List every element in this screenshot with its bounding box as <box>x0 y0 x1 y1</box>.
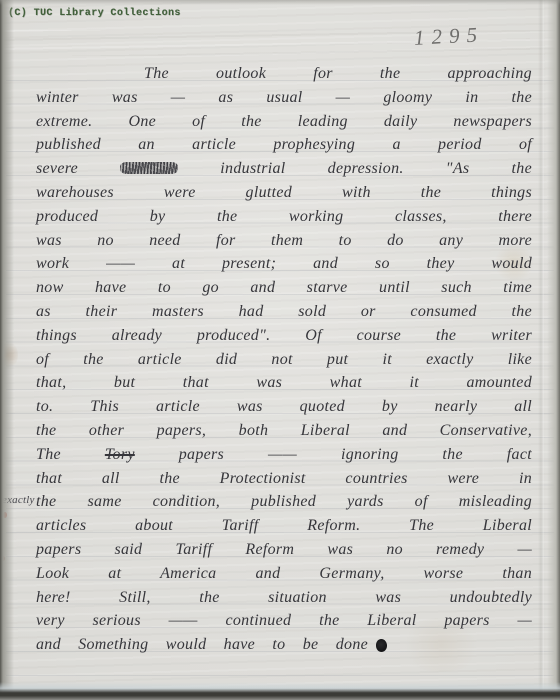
page-number: 1295 <box>413 22 484 51</box>
manuscript-line: as their masters had sold or consumed th… <box>36 300 532 324</box>
handwritten-text: severe <box>36 160 120 177</box>
handwritten-text: here! Still, the situation was undoubted… <box>36 589 532 606</box>
paper-crease-right <box>538 0 544 700</box>
red-ink-dot <box>1 556 5 561</box>
handwritten-text: that all the Protectionist countries wer… <box>36 470 532 487</box>
manuscript-line: The Tory papers —— ignoring the fact <box>36 443 532 467</box>
handwritten-text: that, but that was what it amounted <box>36 374 532 391</box>
manuscript-line: extreme. One of the leading daily newspa… <box>36 110 532 134</box>
handwritten-text: now have to go and starve until such tim… <box>36 279 532 296</box>
manuscript-line: work —— at present; and so they would <box>36 252 532 276</box>
paper-stain <box>0 340 18 370</box>
manuscript-line: the same condition, published yards of m… <box>36 490 532 514</box>
handwritten-text: to. This article was quoted by nearly al… <box>36 398 532 415</box>
manuscript-line: and Something would have to be done <box>36 633 532 657</box>
manuscript-line: the other papers, both Liberal and Conse… <box>36 419 532 443</box>
manuscript-line: articles about Tariff Reform. The Libera… <box>36 514 532 538</box>
page-edge-shadow-right <box>547 0 560 700</box>
handwritten-text: the same condition, published yards of m… <box>36 493 532 510</box>
manuscript-text: The outlook for the approachingwinter wa… <box>36 62 532 657</box>
page-edge-shadow-left <box>0 0 14 700</box>
handwritten-text: industrial depression. "As the <box>178 160 532 177</box>
handwritten-text: very serious —— continued the Liberal pa… <box>36 612 532 629</box>
handwritten-text: extreme. One of the leading daily newspa… <box>36 113 532 130</box>
margin-note: exactly <box>2 494 35 506</box>
manuscript-line: very serious —— continued the Liberal pa… <box>36 609 532 633</box>
handwritten-text: papers said Tariff Reform was no remedy … <box>36 541 532 558</box>
handwritten-text: as their masters had sold or consumed th… <box>36 303 532 320</box>
manuscript-line: papers said Tariff Reform was no remedy … <box>36 538 532 562</box>
manuscript-line: things already produced". Of course the … <box>36 324 532 348</box>
manuscript-line: to. This article was quoted by nearly al… <box>36 395 532 419</box>
handwritten-text: Look at America and Germany, worse than <box>36 565 532 582</box>
manuscript-line: warehouses were glutted with the things <box>36 181 532 205</box>
handwritten-text: The outlook for the approaching <box>144 65 532 82</box>
manuscript-line: severe industrial depression. "As the <box>36 157 532 181</box>
ink-blot <box>376 639 387 652</box>
page-edge-shadow-top <box>0 0 560 5</box>
manuscript-line: here! Still, the situation was undoubted… <box>36 586 532 610</box>
handwritten-text: the other papers, both Liberal and Conse… <box>36 422 532 439</box>
manuscript-line: of the article did not put it exactly li… <box>36 348 532 372</box>
manuscript-line: The outlook for the approaching <box>36 62 532 86</box>
handwritten-text: work —— at present; and so they would <box>36 255 532 272</box>
handwritten-text: articles about Tariff Reform. The Libera… <box>36 517 532 534</box>
handwritten-text: warehouses were glutted with the things <box>36 184 532 201</box>
red-ink-dot <box>3 512 7 518</box>
handwritten-text: winter was — as usual — gloomy in the <box>36 89 532 106</box>
handwritten-text: papers —— ignoring the fact <box>135 446 532 463</box>
manuscript-line: now have to go and starve until such tim… <box>36 276 532 300</box>
manuscript-line: produced by the working classes, there <box>36 205 532 229</box>
library-watermark: (C) TUC Library Collections <box>8 8 181 19</box>
manuscript-line: published an article prophesying a perio… <box>36 133 532 157</box>
manuscript-line: winter was — as usual — gloomy in the <box>36 86 532 110</box>
scanned-manuscript-page: (C) TUC Library Collections 1295 The out… <box>0 0 560 700</box>
manuscript-line: Look at America and Germany, worse than <box>36 562 532 586</box>
manuscript-line: that, but that was what it amounted <box>36 371 532 395</box>
manuscript-line: that all the Protectionist countries wer… <box>36 467 532 491</box>
handwritten-text: published an article prophesying a perio… <box>36 136 532 153</box>
handwritten-text: and Something would have to be done <box>36 636 368 653</box>
page-edge-shadow-bottom <box>0 682 560 700</box>
handwritten-text: produced by the working classes, there <box>36 208 532 225</box>
manuscript-line: was no need for them to do any more <box>36 229 532 253</box>
handwritten-text: of the article did not put it exactly li… <box>36 351 532 368</box>
handwritten-text: The <box>36 446 105 463</box>
scribbled-out-word <box>120 162 178 174</box>
handwritten-text: was no need for them to do any more <box>36 232 532 249</box>
handwritten-text: things already produced". Of course the … <box>36 327 532 344</box>
struck-word: Tory <box>105 446 135 463</box>
